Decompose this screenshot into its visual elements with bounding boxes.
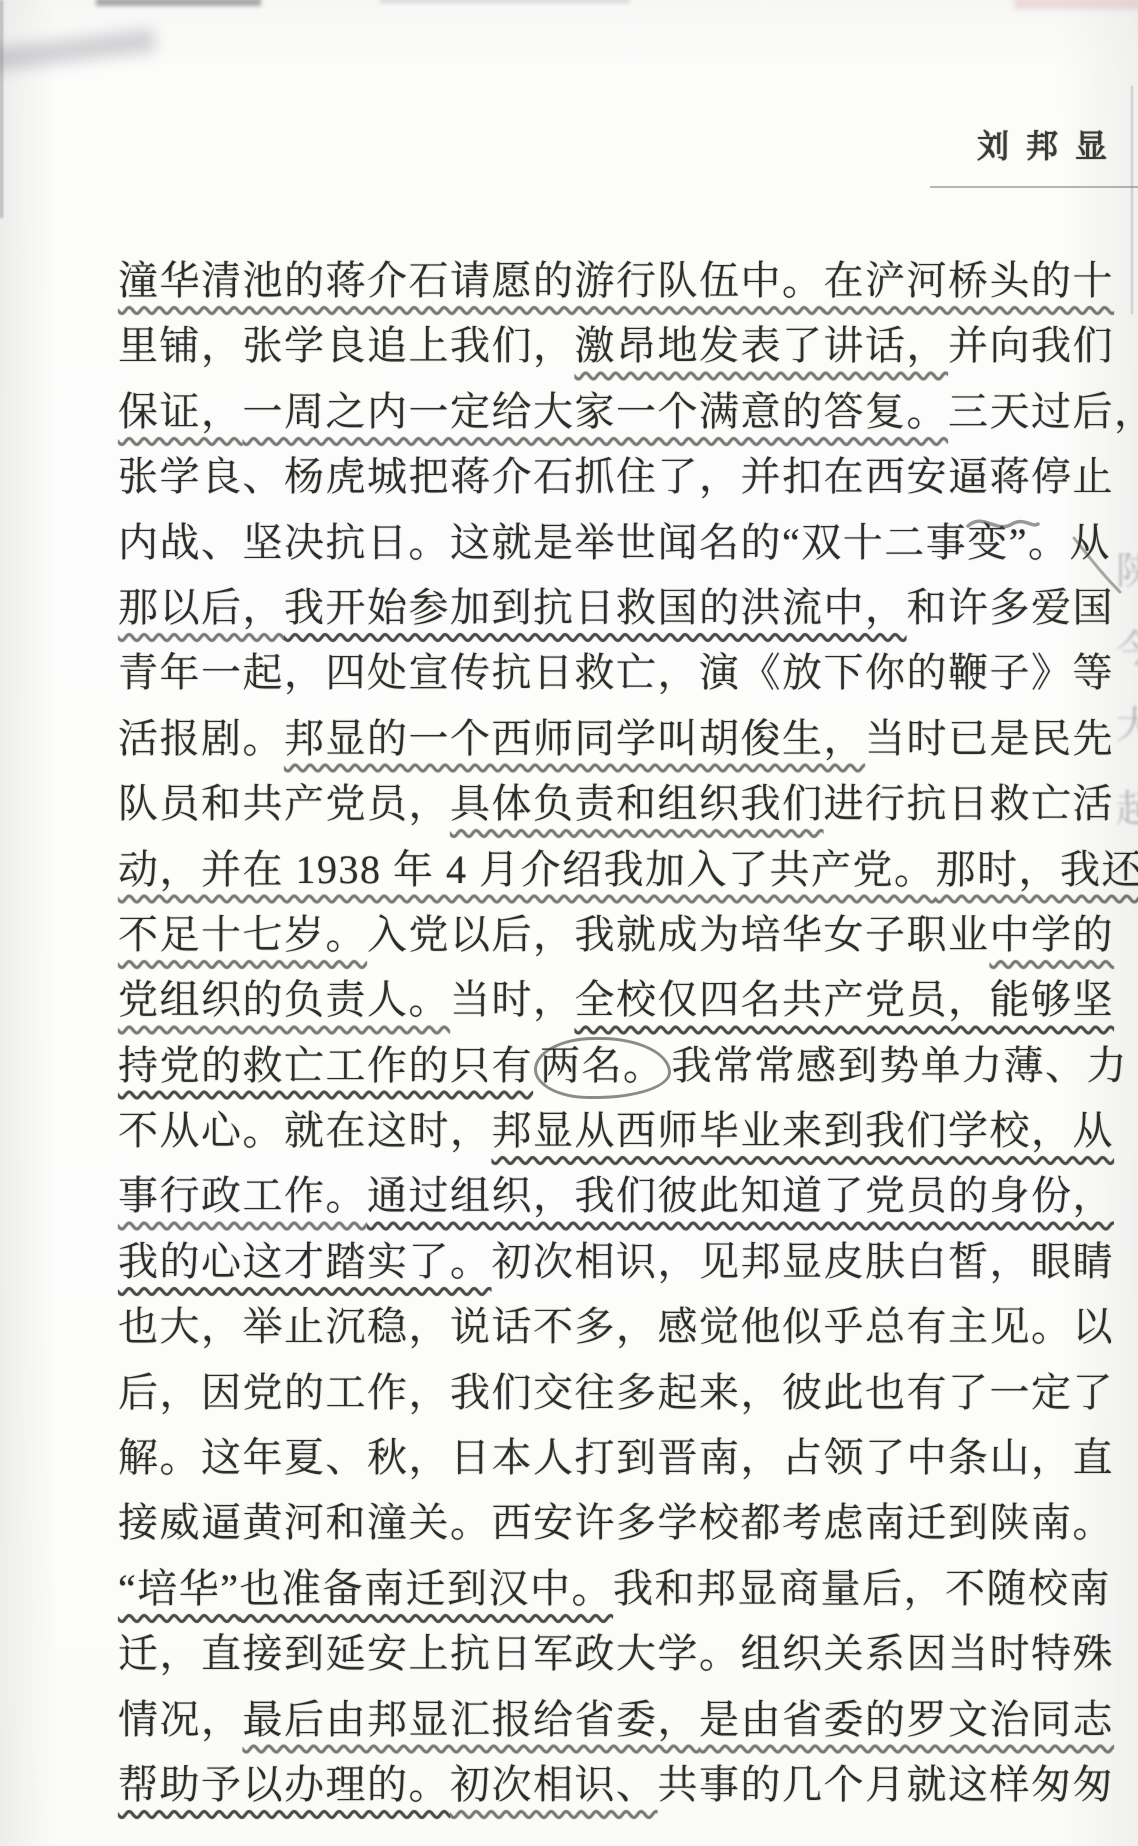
annotated-underlined-text: 通过组织，我们彼此知道了党员的身份， [367, 1173, 1114, 1218]
text-line: 里铺，张学良追上我们，激昂地发表了讲话，并向我们 [118, 313, 1080, 378]
text-line: 张学良、杨虎城把蒋介石抓住了，并扣在西安逼蒋停止 [118, 444, 1080, 509]
annotated-underlined-text: 中学的 [990, 912, 1115, 957]
annotated-underlined-text: 帮助予以办理的。 [118, 1762, 450, 1807]
annotated-underlined-text: 我的心这才踏实了。 [118, 1239, 492, 1284]
annotated-underlined-text: 一周之内一定给大家一个满意的答复。 [243, 389, 949, 434]
page-header-author: 刘邦显 [977, 121, 1124, 167]
text-segment: 我和邦显商量后，不随校南 [613, 1566, 1111, 1611]
annotated-underlined-text: 邦显从西师毕业来到我们学校，从 [492, 1108, 1115, 1153]
annotated-underlined-text: 潼华清池的蒋介石请愿的游行队伍中。 [118, 258, 824, 303]
scan-smudge-top-left [0, 28, 156, 72]
annotated-underlined-text: 在浐河桥头的十 [824, 258, 1115, 303]
text-segment: 也大，举止沉稳，说话不多，感觉他似乎总有主见。以 [118, 1304, 1114, 1349]
text-segment: 和许多爱国 [907, 585, 1115, 630]
text-line: 青年一起，四处宣传抗日救亡，演《放下你的鞭子》等 [118, 640, 1080, 705]
text-line: 那以后，我开始参加到抗日救国的洪流中，和许多爱国 [118, 575, 1080, 640]
annotated-underlined-text: 是由省委的罗文治同志 [699, 1697, 1114, 1742]
text-line: 我的心这才踏实了。初次相识，见邦显皮肤白皙，眼睛 [118, 1229, 1080, 1294]
text-line: 迁，直接到延安上抗日军政大学。组织关系因当时特殊 [118, 1621, 1080, 1686]
text-segment: 三天过后， [948, 389, 1138, 434]
text-line: 后，因党的工作，我们交往多起来，彼此也有了一定了 [118, 1360, 1080, 1425]
annotated-underlined-text: 不足十七岁。 [118, 912, 367, 957]
text-line: 内战、坚决抗日。这就是举世闻名的“双十二事变”。从 [118, 510, 1080, 575]
page-edge-glyph-fragment: 陕 [1116, 540, 1138, 595]
text-segment: 共事的几个月就这样匆匆 [658, 1762, 1115, 1807]
page-edge-glyph-fragment: 大 [1116, 694, 1138, 749]
annotated-underlined-text: 激昂地发表了讲话， [575, 323, 949, 368]
text-segment: 解。这年夏、秋，日本人打到晋南，占领了中条山，直 [118, 1435, 1114, 1480]
text-line: 不足十七岁。入党以后，我就成为培华女子职业中学的 [118, 902, 1080, 967]
annotated-underlined-text: 持党的救亡工作的只有 [118, 1043, 533, 1088]
annotated-underlined-text: 最后由邦显汇报给省委， [243, 1697, 700, 1742]
annotated-underlined-text: 事行政工作。 [118, 1173, 367, 1218]
text-segment: 内战、坚决抗日。这就是举世闻名的“双十二事变”。从 [118, 520, 1111, 565]
annotated-underlined-text: 那以后， [118, 585, 284, 630]
text-line: 潼华清池的蒋介石请愿的游行队伍中。在浐河桥头的十 [118, 248, 1080, 313]
page-edge-glyph-fragment: 今 [1116, 618, 1138, 673]
page-edge-glyph-fragment: 起 [1116, 778, 1138, 833]
scan-smudge-top [96, 0, 261, 6]
annotated-underlined-text: “培华” [118, 1566, 240, 1611]
page-edge-line [0, 0, 3, 218]
annotated-underlined-text: 我开始参加到抗日救国的洪流中， [284, 585, 907, 630]
text-line: 解。这年夏、秋，日本人打到晋南，占领了中条山，直 [118, 1425, 1080, 1490]
text-segment: 入党以后，我就成为培华女子职业 [367, 912, 990, 957]
text-segment: 初次相识，见邦显皮肤白皙，眼睛 [492, 1239, 1115, 1284]
text-line: 帮助予以办理的。初次相识、共事的几个月就这样匆匆 [118, 1752, 1080, 1817]
text-segment: 后，因党的工作，我们交往多起来，彼此也有了一定了 [118, 1370, 1114, 1415]
text-line: 也大，举止沉稳，说话不多，感觉他似乎总有主见。以 [118, 1294, 1080, 1359]
text-segment: 里铺，张学良追上我们， [118, 323, 575, 368]
annotated-underlined-text: 那时，我还 [936, 847, 1138, 892]
text-segment: 接威逼黄河和潼关。西安许多学校都考虑南迁到陕南。 [118, 1500, 1114, 1545]
annotated-underlined-text: 动，并在 1938 年 4 月介绍我加入了共产党。 [118, 847, 936, 892]
annotated-underlined-text: 也准备南迁到汉中。 [240, 1566, 614, 1611]
text-line: “培华”也准备南迁到汉中。我和邦显商量后，不随校南 [118, 1556, 1080, 1621]
text-block: 潼华清池的蒋介石请愿的游行队伍中。在浐河桥头的十里铺，张学良追上我们，激昂地发表… [118, 248, 1080, 1817]
text-line: 接威逼黄河和潼关。西安许多学校都考虑南迁到陕南。 [118, 1490, 1080, 1555]
text-segment: 队员和共产党员， [118, 781, 450, 826]
annotated-circled-text: 两名。 [534, 1037, 671, 1099]
text-segment: 当时已是民先 [865, 716, 1114, 761]
scan-smudge-top-2 [380, 0, 630, 3]
scan-smudge-top-right [1014, 0, 1138, 9]
text-segment: 情况， [118, 1697, 243, 1742]
text-line: 事行政工作。通过组织，我们彼此知道了党员的身份， [118, 1163, 1080, 1228]
text-line: 党组织的负责人。当时，全校仅四名共产党员，能够坚 [118, 967, 1080, 1032]
text-line: 不从心。就在这时，邦显从西师毕业来到我们学校，从 [118, 1098, 1080, 1163]
annotated-underlined-text: 邦显的一个西师同学叫胡俊生， [284, 716, 865, 761]
page-fold-line [1131, 86, 1133, 314]
annotated-underlined-text: 全校仅四名共产党员，能够坚 [575, 977, 1115, 1022]
annotated-underlined-text: 具体负责和组织我们 [450, 781, 824, 826]
scanned-page: 刘邦显 潼华清池的蒋介石请愿的游行队伍中。在浐河桥头的十里铺，张学良追上我们，激… [0, 0, 1138, 1846]
text-line: 动，并在 1938 年 4 月介绍我加入了共产党。那时，我还 [118, 837, 1080, 902]
annotated-underlined-text: 初次相识、 [450, 1762, 658, 1807]
text-line: 活报剧。邦显的一个西师同学叫胡俊生，当时已是民先 [118, 706, 1080, 771]
text-segment: 当时， [450, 977, 575, 1022]
text-segment: 张学良、杨虎城把蒋介石抓住了，并扣在西安逼蒋停止 [118, 454, 1114, 499]
text-segment: 我常常感到势单力薄、力 [672, 1043, 1129, 1088]
annotated-underlined-text: 党组织的负责人。 [118, 977, 450, 1022]
text-segment: 并向我们 [948, 323, 1114, 368]
text-segment: 迁，直接到延安上抗日军政大学。组织关系因当时特殊 [118, 1631, 1114, 1676]
text-line: 保证，一周之内一定给大家一个满意的答复。三天过后， [118, 379, 1080, 444]
text-segment: 活报剧。 [118, 716, 284, 761]
text-line: 持党的救亡工作的只有两名。我常常感到势单力薄、力 [118, 1033, 1080, 1098]
text-line: 队员和共产党员，具体负责和组织我们进行抗日救亡活 [118, 771, 1080, 836]
text-segment: 进行抗日救亡活 [824, 781, 1115, 826]
header-rule [930, 186, 1138, 188]
text-line: 情况，最后由邦显汇报给省委，是由省委的罗文治同志 [118, 1687, 1080, 1752]
annotated-underlined-text: 保证， [118, 389, 243, 434]
text-segment: 不从心。就在这时， [118, 1108, 492, 1153]
text-segment: 青年一起，四处宣传抗日救亡，演《放下你的鞭子》等 [118, 650, 1114, 695]
